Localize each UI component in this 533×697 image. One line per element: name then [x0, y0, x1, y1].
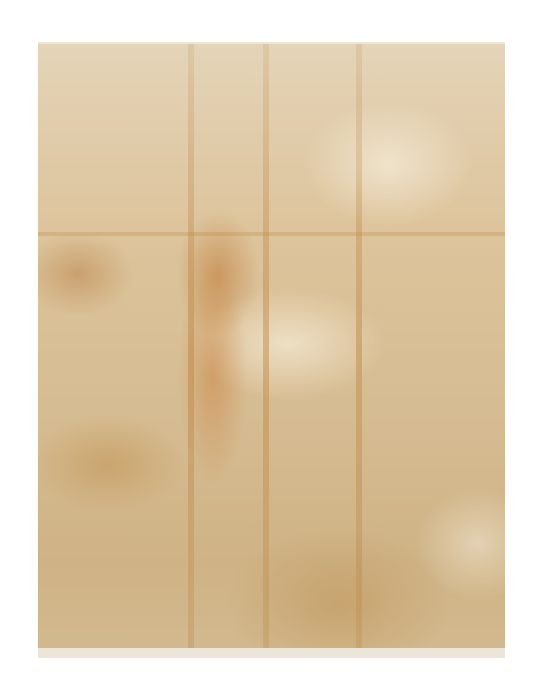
rug: [38, 44, 505, 654]
rug-pattern-line: [356, 44, 362, 654]
rug-pattern-line: [38, 232, 505, 236]
rug-bottom-fringe: [38, 648, 505, 658]
rug-pattern-line: [188, 44, 194, 654]
rug-pattern-line: [263, 44, 269, 654]
